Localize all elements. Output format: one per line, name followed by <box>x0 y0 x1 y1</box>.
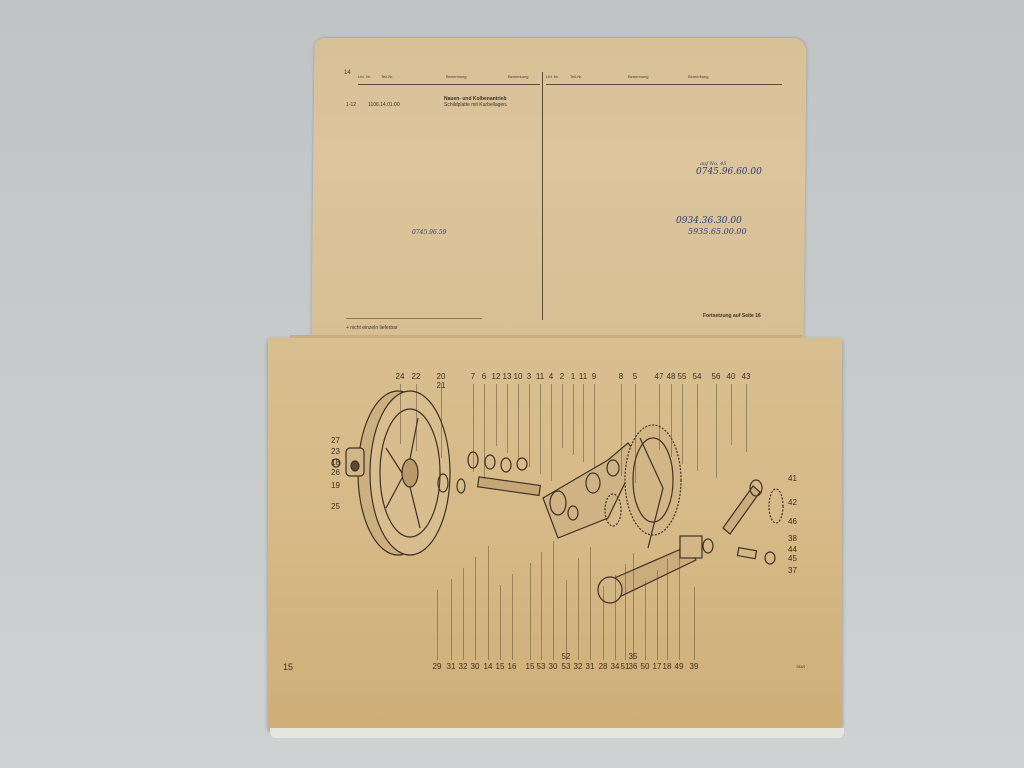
callout-label: 44 <box>788 545 797 554</box>
callout-label: 42 <box>788 498 797 507</box>
leader-line <box>541 552 542 660</box>
callout-label: 53 <box>537 662 546 671</box>
callout-label: 28 <box>599 662 608 671</box>
callout-label: 1 <box>571 372 575 381</box>
callout-label: 19 <box>331 481 340 490</box>
table-row: 1-121106.14.01.00Schildplatte mit Kurbel… <box>346 102 507 108</box>
leader-line <box>635 384 636 483</box>
callout-label: 45 <box>788 554 797 563</box>
leader-line <box>590 547 591 660</box>
leader-line <box>578 558 579 660</box>
callout-label: 18 <box>331 458 340 467</box>
footnote: + nicht einzeln lieferbar <box>346 325 398 331</box>
callout-label: 31 <box>586 662 595 671</box>
leader-line <box>441 384 442 458</box>
leader-line <box>540 384 541 474</box>
callout-label: 5 <box>633 372 637 381</box>
callout-label: 39 <box>690 662 699 671</box>
leader-line <box>697 384 698 471</box>
callout-label: 15 <box>496 662 505 671</box>
callout-label: 55 <box>678 372 687 381</box>
leader-line <box>716 384 717 478</box>
callout-label: 36 <box>629 662 638 671</box>
leader-line <box>562 384 563 448</box>
leader-line <box>488 546 489 660</box>
leader-line <box>566 580 567 660</box>
callout-label: 46 <box>788 517 797 526</box>
leader-line <box>451 579 452 660</box>
callout-label: 11 <box>579 372 587 381</box>
callout-label: 20 <box>437 372 446 381</box>
callout-label: 14 <box>484 662 493 671</box>
callout-label: 41 <box>788 474 797 483</box>
callout-label: 9 <box>592 372 596 381</box>
leader-line <box>463 568 464 660</box>
leader-line <box>682 384 683 464</box>
leader-line <box>621 384 622 476</box>
handwritten-note: 0745.96.59 <box>412 229 446 236</box>
page-number-bottom: 15 <box>283 662 293 672</box>
callout-label: 43 <box>742 372 751 381</box>
callout-label: 53 <box>562 662 571 671</box>
leader-line <box>583 384 584 462</box>
callout-label: 22 <box>412 372 421 381</box>
left-table: Nauen- und Kolbenantrieb 1-121106.14.01.… <box>346 96 507 108</box>
corner-mark: 784/I <box>796 664 805 669</box>
callout-label: 16 <box>508 662 517 671</box>
callout-label: 54 <box>693 372 702 381</box>
callout-label: 4 <box>549 372 553 381</box>
callout-label: 37 <box>788 566 797 575</box>
callout-label: 21 <box>437 381 446 390</box>
leader-line <box>731 384 732 445</box>
callout-label: 15 <box>526 662 535 671</box>
header-rule-left <box>358 84 540 85</box>
leader-line <box>507 384 508 453</box>
leader-line <box>694 587 695 660</box>
handwritten-note: 5935.65.00.00 <box>688 227 747 236</box>
callout-label: 7 <box>471 372 475 381</box>
callout-label: 50 <box>641 662 650 671</box>
header-lfd-nr: Lfd. Nr. <box>358 74 371 79</box>
leader-line <box>518 384 519 460</box>
leader-line <box>746 384 747 452</box>
header-bemerkung: Bemerkung <box>688 74 708 79</box>
callout-label: 8 <box>619 372 623 381</box>
leader-line <box>633 553 634 660</box>
callout-label: 49 <box>675 662 684 671</box>
leader-line <box>603 586 604 660</box>
leader-line <box>551 384 552 481</box>
header-teil-nr: Teil-Nr. <box>381 74 393 79</box>
leader-line <box>500 585 501 660</box>
leader-line <box>657 570 658 660</box>
callout-label: 26 <box>331 468 340 477</box>
header-benennung: Benennung <box>628 74 648 79</box>
leader-line <box>475 557 476 660</box>
callout-label: 24 <box>396 372 405 381</box>
top-page <box>311 38 806 338</box>
callout-label: 32 <box>459 662 468 671</box>
callout-label: 30 <box>471 662 480 671</box>
callout-label: 2 <box>560 372 564 381</box>
page-number-top: 14 <box>344 70 351 76</box>
callout-label: 18 <box>663 662 672 671</box>
leader-line <box>671 384 672 457</box>
header-lfd-nr: Lfd. Nr. <box>546 74 559 79</box>
callout-label: 31 <box>447 662 456 671</box>
leader-line <box>615 575 616 660</box>
leader-line <box>473 384 474 472</box>
column-divider <box>542 72 543 320</box>
leader-line <box>625 564 626 660</box>
callout-label: 56 <box>712 372 721 381</box>
leader-line <box>512 574 513 660</box>
leader-line <box>645 581 646 660</box>
header-bemerkung: Bemerkung <box>508 74 528 79</box>
callout-label: 34 <box>611 662 620 671</box>
handwritten-note: 0745.96.60.00 <box>696 167 762 177</box>
callout-label: 29 <box>433 662 442 671</box>
callout-label: 27 <box>331 436 340 445</box>
callout-label: 52 <box>562 652 571 661</box>
header-rule-right <box>546 84 782 85</box>
leader-line <box>529 384 530 467</box>
leader-line <box>437 590 438 660</box>
leader-line <box>594 384 595 469</box>
callout-label: 32 <box>574 662 583 671</box>
cell-benennung: Schildplatte mit Kurbellagerung <box>444 102 507 108</box>
leader-line <box>530 563 531 660</box>
callout-label: 40 <box>727 372 736 381</box>
continuation-note: Fortsetzung auf Seite 16 <box>703 313 761 319</box>
header-benennung: Benennung <box>446 74 466 79</box>
callout-label: 10 <box>514 372 523 381</box>
leader-line <box>553 541 554 660</box>
leader-line <box>484 384 485 479</box>
callout-label: 17 <box>653 662 662 671</box>
handwritten-note: 0934.36.30.00 <box>676 216 742 226</box>
callout-label: 23 <box>331 447 340 456</box>
callout-label: 25 <box>331 502 340 511</box>
callout-label: 47 <box>655 372 664 381</box>
leader-line <box>659 384 660 450</box>
cell-teil-nr: 1106.14.01.00 <box>368 102 400 108</box>
leader-line <box>416 384 417 451</box>
leader-line <box>573 384 574 455</box>
leader-line <box>667 559 668 660</box>
callout-label: 3 <box>527 372 531 381</box>
leader-line <box>400 384 401 444</box>
exploded-parts-diagram <box>268 338 842 730</box>
callout-label: 11 <box>536 372 544 381</box>
callout-label: 38 <box>788 534 797 543</box>
callout-label: 30 <box>549 662 558 671</box>
footnote-rule <box>346 318 482 319</box>
leader-line <box>496 384 497 446</box>
callout-label: 6 <box>482 372 486 381</box>
cell-lfd-nr: 1-12 <box>346 102 356 108</box>
leader-line <box>679 548 680 660</box>
header-teil-nr: Teil-Nr. <box>570 74 582 79</box>
callout-label: 13 <box>503 372 512 381</box>
callout-label: 12 <box>492 372 501 381</box>
callout-label: 48 <box>667 372 676 381</box>
callout-label: 35 <box>629 652 638 661</box>
